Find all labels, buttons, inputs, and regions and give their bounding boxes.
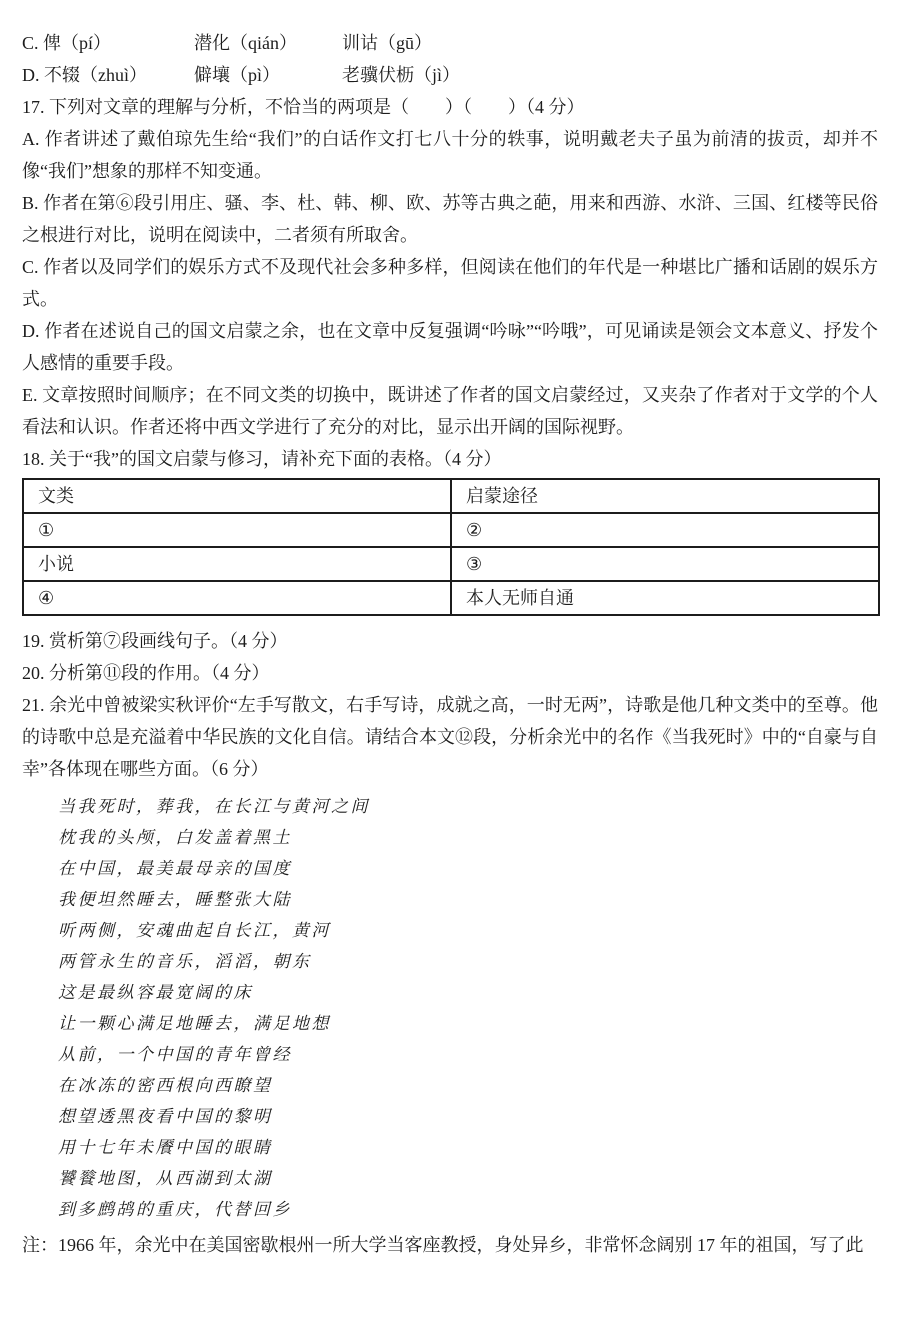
- table-header-row: 文类 启蒙途径: [23, 479, 879, 513]
- poem-line: 当我死时，葬我，在长江与黄河之间: [58, 791, 878, 822]
- table-cell: 小说: [23, 547, 451, 581]
- question-18: 18. 关于“我”的国文启蒙与修习，请补充下面的表格。（4 分）: [22, 443, 878, 475]
- poem-footnote: 注：1966 年，余光中在美国密歇根州一所大学当客座教授，身处异乡，非常怀念阔别…: [22, 1229, 878, 1261]
- pinyin-c-item-2: 潜化（qián）: [194, 27, 342, 59]
- question-19: 19. 赏析第⑦段画线句子。（4 分）: [22, 625, 878, 657]
- pinyin-d-item-1: D. 不辍（zhuì）: [22, 59, 194, 91]
- poem-line: 在中国，最美最母亲的国度: [58, 853, 878, 884]
- poem-line: 让一颗心满足地睡去，满足地想: [58, 1008, 878, 1039]
- poem-line: 饕餮地图，从西湖到太湖: [58, 1163, 878, 1194]
- poem-line: 两管永生的音乐，滔滔，朝东: [58, 946, 878, 977]
- pinyin-option-row-d: D. 不辍（zhuì） 僻壤（pì） 老骥伏枥（jì）: [22, 59, 878, 91]
- poem-line: 想望透黑夜看中国的黎明: [58, 1101, 878, 1132]
- poem-line: 听两侧，安魂曲起自长江，黄河: [58, 915, 878, 946]
- question-17-option-d: D. 作者在述说自己的国文启蒙之余，也在文章中反复强调“吟咏”“吟哦”，可见诵读…: [22, 315, 878, 379]
- question-17-option-a: A. 作者讲述了戴伯琼先生给“我们”的白话作文打七八十分的轶事，说明戴老夫子虽为…: [22, 123, 878, 187]
- question-17-option-e: E. 文章按照时间顺序；在不同文类的切换中，既讲述了作者的国文启蒙经过，又夹杂了…: [22, 379, 878, 443]
- table-cell: ③: [451, 547, 879, 581]
- pinyin-option-row-c: C. 俾（pí） 潜化（qián） 训诂（gū）: [22, 27, 878, 59]
- pinyin-d-item-3: 老骥伏枥（jì）: [342, 59, 878, 91]
- poem-line: 用十七年未餍中国的眼睛: [58, 1132, 878, 1163]
- poem-line: 从前，一个中国的青年曾经: [58, 1039, 878, 1070]
- poem-when-i-die: 当我死时，葬我，在长江与黄河之间 枕我的头颅，白发盖着黑土 在中国，最美最母亲的…: [58, 791, 878, 1225]
- pinyin-c-item-3: 训诂（gū）: [342, 27, 878, 59]
- table-row: ④ 本人无师自通: [23, 581, 879, 615]
- poem-line: 这是最纵容最宽阔的床: [58, 977, 878, 1008]
- question-21: 21. 余光中曾被梁实秋评价“左手写散文，右手写诗，成就之高，一时无两”，诗歌是…: [22, 689, 878, 785]
- table-row: 小说 ③: [23, 547, 879, 581]
- poem-line: 到多鹧鸪的重庆，代替回乡: [58, 1194, 878, 1225]
- question-20: 20. 分析第⑪段的作用。（4 分）: [22, 657, 878, 689]
- pinyin-c-item-1: C. 俾（pí）: [22, 27, 194, 59]
- poem-line: 我便坦然睡去，睡整张大陆: [58, 884, 878, 915]
- exam-paper-page: C. 俾（pí） 潜化（qián） 训诂（gū） D. 不辍（zhuì） 僻壤（…: [0, 0, 900, 1319]
- table-header-cell-genre: 文类: [23, 479, 451, 513]
- table-header-cell-path: 启蒙途径: [451, 479, 879, 513]
- question-17: 17. 下列对文章的理解与分析，不恰当的两项是（ ）（ ）（4 分）: [22, 91, 878, 123]
- table-cell: ④: [23, 581, 451, 615]
- table-cell: ②: [451, 513, 879, 547]
- table-row: ① ②: [23, 513, 879, 547]
- table-cell: 本人无师自通: [451, 581, 879, 615]
- poem-line: 枕我的头颅，白发盖着黑土: [58, 822, 878, 853]
- table-cell: ①: [23, 513, 451, 547]
- question-18-table: 文类 启蒙途径 ① ② 小说 ③ ④ 本人无师自通: [22, 478, 880, 616]
- question-17-option-b: B. 作者在第⑥段引用庄、骚、李、杜、韩、柳、欧、苏等古典之葩，用来和西游、水浒…: [22, 187, 878, 251]
- pinyin-d-item-2: 僻壤（pì）: [194, 59, 342, 91]
- poem-line: 在冰冻的密西根向西瞭望: [58, 1070, 878, 1101]
- question-17-option-c: C. 作者以及同学们的娱乐方式不及现代社会多种多样，但阅读在他们的年代是一种堪比…: [22, 251, 878, 315]
